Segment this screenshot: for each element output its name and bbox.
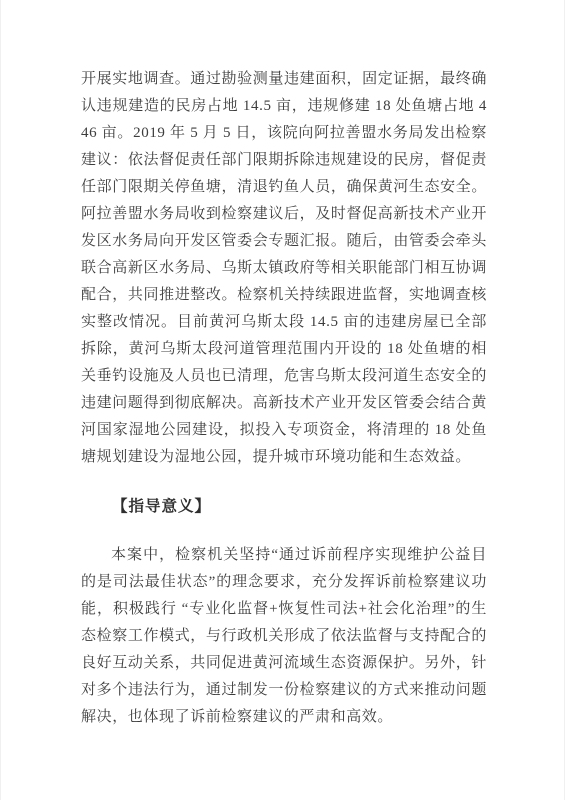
case-handling-paragraph: 开展实地调查。通过勘验测量违建面积，固定证据，最终确认违规建造的民房占地 14.…: [81, 66, 487, 471]
section-heading-guidance: 【指导意义】: [81, 493, 487, 520]
document-page: 开展实地调查。通过勘验测量违建面积，固定证据，最终确认违规建造的民房占地 14.…: [0, 0, 565, 800]
guidance-significance-paragraph: 本案中，检察机关坚持“通过诉前程序实现维护公益目的是司法最佳状态”的理念要求，充…: [81, 542, 487, 731]
document-body: 开展实地调查。通过勘验测量违建面积，固定证据，最终确认违规建造的民房占地 14.…: [81, 66, 487, 731]
